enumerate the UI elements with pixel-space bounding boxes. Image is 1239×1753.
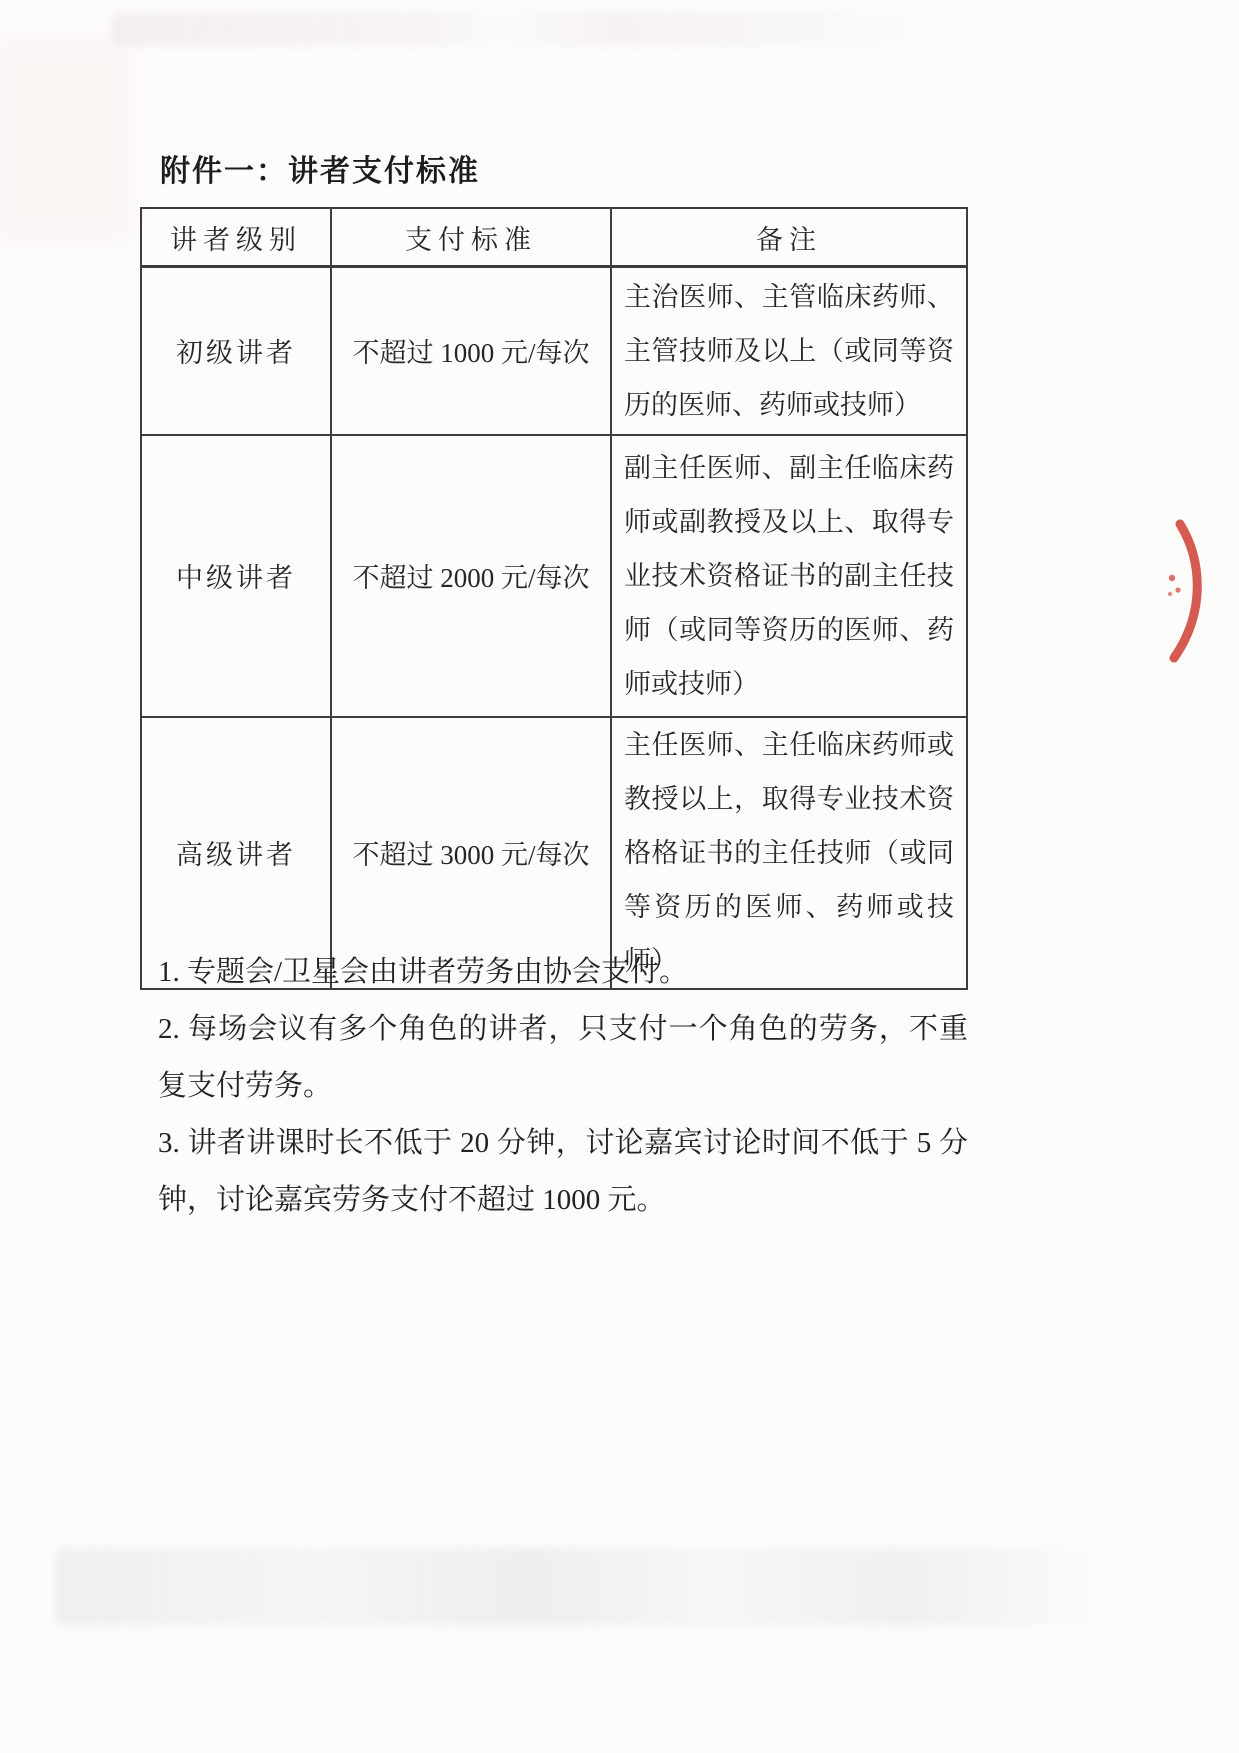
attachment-title: 附件一：讲者支付标准 (160, 146, 480, 190)
cell-note: 副主任医师、副主任临床药师或副教授及以上、取得专业技术资格证书的副主任技师（或同… (611, 435, 967, 717)
red-seal-stamp-edge (1158, 508, 1230, 672)
footnotes-block: 1. 专题会/卫星会由讲者劳务由协会支付。 2. 每场会议有多个角色的讲者，只支… (158, 944, 968, 1229)
bleed-through-artifact-top (112, 12, 947, 46)
footnote-2: 2. 每场会议有多个角色的讲者，只支付一个角色的劳务，不重复支付劳务。 (158, 1001, 968, 1115)
footnote-1: 1. 专题会/卫星会由讲者劳务由协会支付。 (158, 944, 968, 1001)
document-page: 附件一：讲者支付标准 讲者级别 支付标准 备注 初级讲者 不超过 1000 元/… (0, 0, 1239, 1753)
col-header-speaker-level: 讲者级别 (141, 208, 331, 267)
cell-speaker-level: 中级讲者 (141, 435, 331, 717)
table-header-row: 讲者级别 支付标准 备注 (141, 208, 967, 267)
footnote-3: 3. 讲者讲课时长不低于 20 分钟，讨论嘉宾讨论时间不低于 5 分钟，讨论嘉宾… (158, 1115, 968, 1229)
bleed-through-artifact-bottom (55, 1548, 1115, 1626)
speaker-payment-table: 讲者级别 支付标准 备注 初级讲者 不超过 1000 元/每次 主治医师、主管临… (140, 207, 968, 990)
cell-payment-standard: 不超过 2000 元/每次 (331, 435, 611, 717)
cell-speaker-level: 初级讲者 (141, 267, 331, 435)
col-header-payment-standard: 支付标准 (331, 208, 611, 267)
bleed-through-artifact-corner (0, 40, 130, 240)
cell-payment-standard: 不超过 1000 元/每次 (331, 267, 611, 435)
table-row-middle-speaker: 中级讲者 不超过 2000 元/每次 副主任医师、副主任临床药师或副教授及以上、… (141, 435, 967, 717)
cell-note: 主治医师、主管临床药师、主管技师及以上（或同等资历的医师、药师或技师） (611, 267, 967, 435)
col-header-note: 备注 (611, 208, 967, 267)
table-row-junior-speaker: 初级讲者 不超过 1000 元/每次 主治医师、主管临床药师、主管技师及以上（或… (141, 267, 967, 435)
